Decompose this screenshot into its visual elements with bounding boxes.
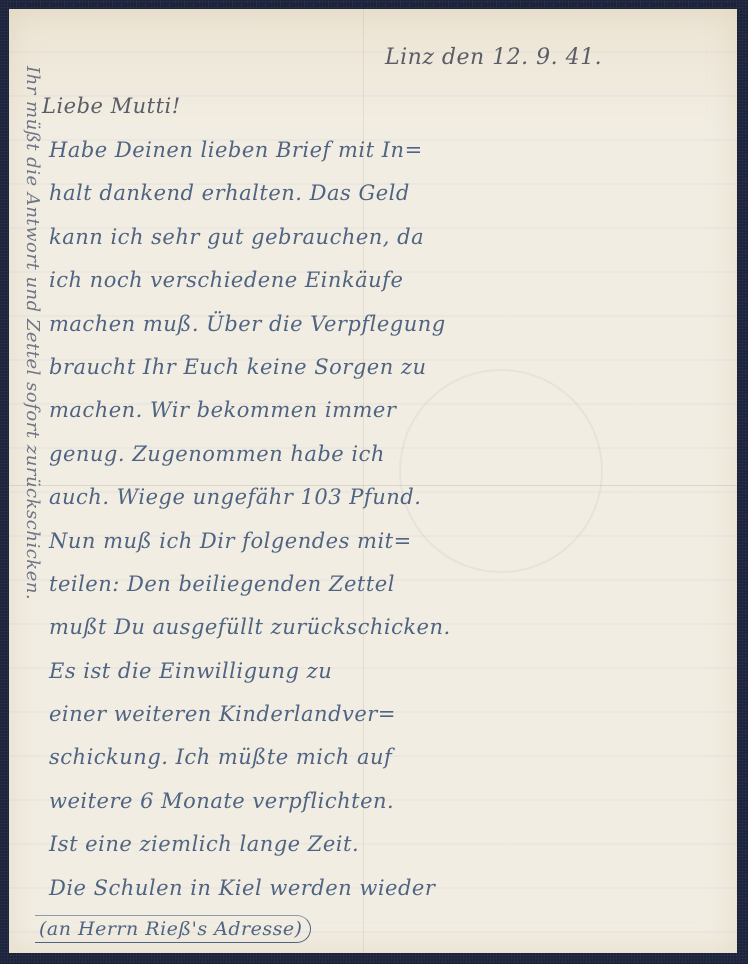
body-line: Ist eine ziemlich lange Zeit. — [49, 823, 729, 866]
body-line: Habe Deinen lieben Brief mit In= — [49, 129, 729, 172]
body-line: machen. Wir bekommen immer — [49, 389, 729, 432]
body-line: auch. Wiege ungefähr 103 Pfund. — [49, 476, 729, 519]
salutation: Liebe Mutti! — [42, 94, 181, 118]
body-line: weitere 6 Monate verpflichten. — [49, 780, 729, 823]
body-line: schickung. Ich müßte mich auf — [49, 736, 729, 779]
letter-body: Habe Deinen lieben Brief mit In= halt da… — [49, 129, 729, 910]
body-line: mußt Du ausgefüllt zurückschicken. — [49, 606, 729, 649]
body-line: Nun muß ich Dir folgendes mit= — [49, 520, 729, 563]
body-line: einer weiteren Kinderlandver= — [49, 693, 729, 736]
body-line: Es ist die Einwilligung zu — [49, 650, 729, 693]
footnote-address: (an Herrn Rieß's Adresse) — [35, 915, 311, 943]
letter-page: Linz den 12. 9. 41. Liebe Mutti! Habe De… — [9, 9, 737, 953]
body-line: Die Schulen in Kiel werden wieder — [49, 867, 729, 910]
perforated-edge — [9, 4, 737, 12]
place-date: Linz den 12. 9. 41. — [385, 45, 602, 70]
body-line: halt dankend erhalten. Das Geld — [49, 172, 729, 215]
body-line: teilen: Den beiliegenden Zettel — [49, 563, 729, 606]
body-line: genug. Zugenommen habe ich — [49, 433, 729, 476]
body-line: braucht Ihr Euch keine Sorgen zu — [49, 346, 729, 389]
body-line: kann ich sehr gut gebrauchen, da — [49, 216, 729, 259]
body-line: machen muß. Über die Verpflegung — [49, 303, 729, 346]
body-line: ich noch verschiedene Einkäufe — [49, 259, 729, 302]
margin-note: Ihr müßt die Antwort und Zettel sofort z… — [19, 66, 43, 946]
